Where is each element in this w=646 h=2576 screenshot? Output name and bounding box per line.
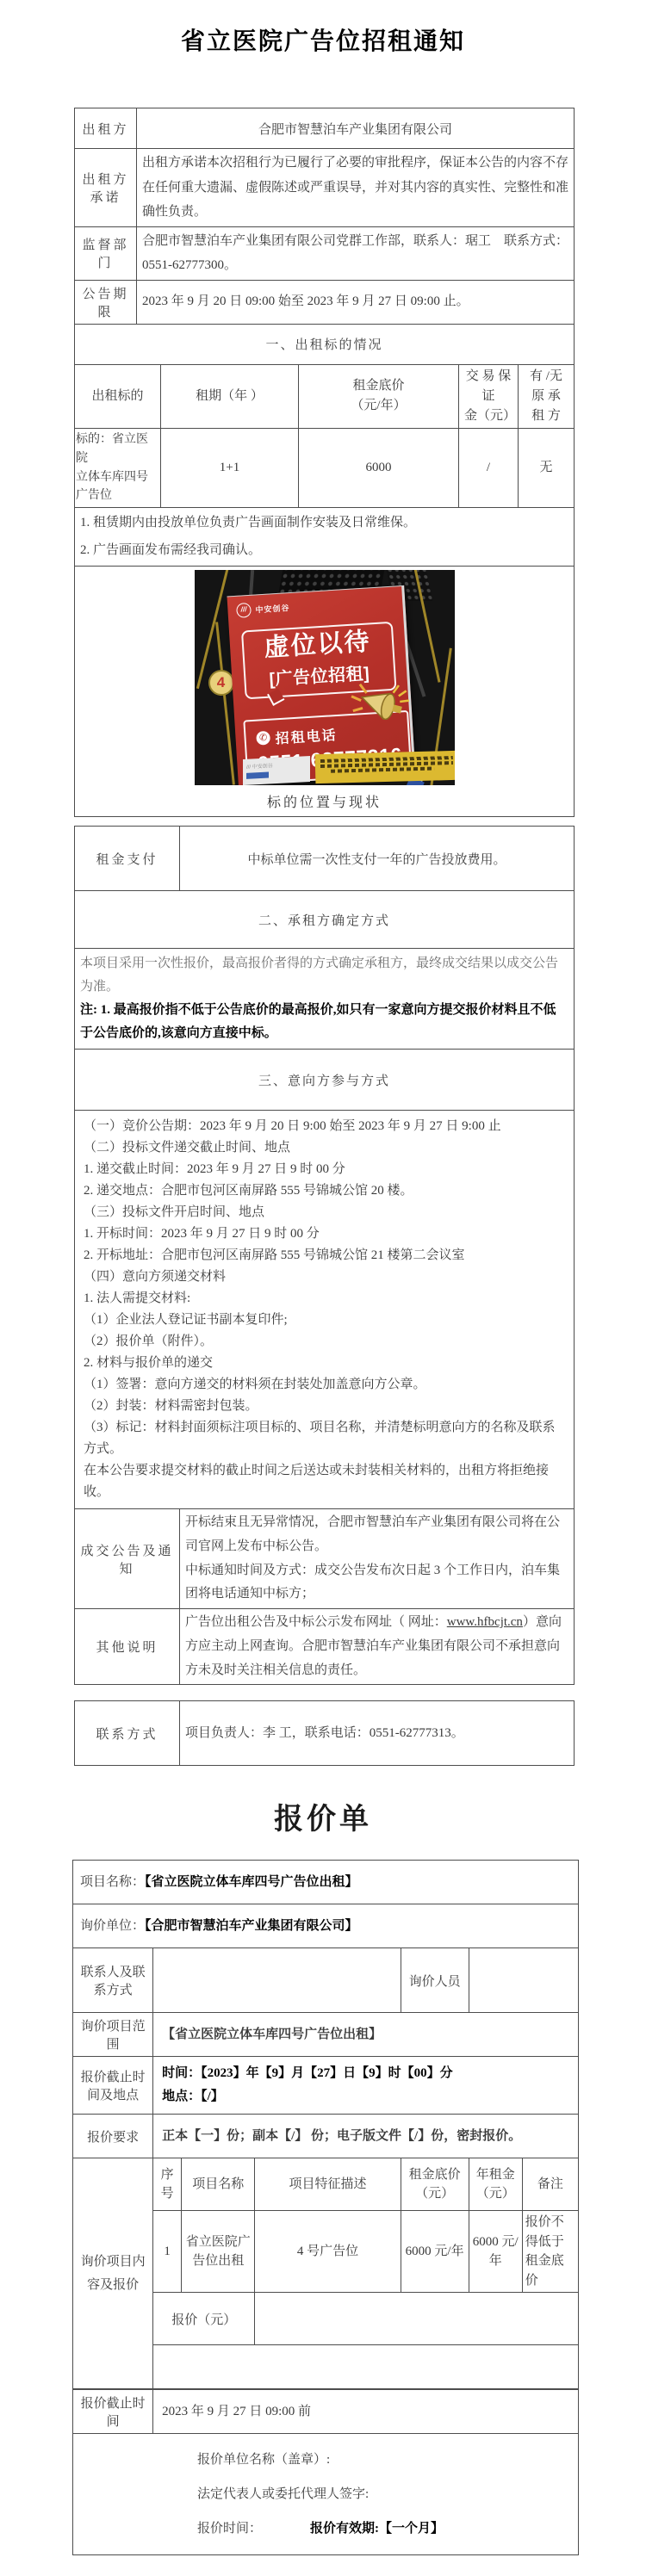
row-label: 其他说明 [75,1609,180,1685]
row-label: 成交公告及通知 [75,1509,180,1609]
inquiry-unit-label: 询价单位： [80,1919,145,1933]
col-header: 序号 [153,2158,182,2211]
section-row: 一、出租标的情况 [75,324,575,364]
participate-line: （一）竞价公告期：2023 年 9 月 20 日 9:00 始至 2023 年 … [84,1116,565,1137]
item-name: 省立医院广告位出租 [182,2211,255,2293]
page-title: 省立医院广告位招租通知 [0,22,646,57]
col-header: 租期（年 ） [161,364,299,429]
contact-table: 联系方式 项目负责人：李 工，联系电话：0551-62777313。 [74,1700,575,1766]
table-row: 报价截止时间及地点 时间：【2023】年【9】月【27】日【9】时【00】分 地… [73,2057,579,2115]
inner-header-row: 询价项目内容及报价 序号 项目名称 项目特征描述 租金底价（元） 年租金（元） … [73,2158,579,2211]
table-row: 出租方承诺 出租方承诺本次招租行为已履行了必要的审批程序，保证本公告的内容不存在… [75,149,575,227]
inquiry-unit-value: 【合肥市智慧泊车产业集团有限公司】 [145,1919,358,1933]
col-header: 项目特征描述 [255,2158,401,2211]
participate-line: （2）封装：材料需密封包装。 [84,1396,565,1417]
participate-line: （1）企业法人登记证书副本复印件; [84,1310,565,1331]
col-header: 交 易 保 证 金（元） [459,364,519,429]
subject-header-row: 出租标的 租期（年 ） 租金底价 （元/年） 交 易 保 证 金（元） 有 /无… [75,364,575,429]
item-remark: 报价不得低于租金底价 [522,2211,578,2293]
content-label: 询价项目内容及报价 [73,2158,153,2390]
row-label: 联系方式 [75,1701,180,1766]
col-header: 年租金（元） [469,2158,522,2211]
subject-table: 出租标的 租期（年 ） 租金底价 （元/年） 交 易 保 证 金（元） 有 /无… [74,364,575,509]
bottom-signs: /// 中安创谷 [195,754,455,785]
row-label: 租金支付 [75,827,180,891]
footer-row: 报价单位名称（盖章）: 法定代表人或委托代理人签字: 报价时间：报价有效期:【一… [73,2434,579,2555]
participate-line: 2. 材料与报价单的递交 [84,1353,565,1374]
lease-term: 1+1 [161,429,299,508]
section-title-1: 一、出租标的情况 [75,324,575,364]
participate-line: 1. 法人需提交材料: [84,1288,565,1310]
project-name-label: 项目名称： [80,1875,145,1889]
deadline-time: 时间：【2023】年【9】月【27】日【9】时【00】分 [162,2062,575,2085]
table-row: 报价要求 正本【一】份；副本【/】 份；电子版文件【/】份，密封报价。 [73,2115,579,2158]
row-value: 2023 年 9 月 20 日 09:00 始至 2023 年 9 月 27 日… [137,280,575,324]
section-row: 三、意向方参与方式 [75,1050,575,1111]
footer-time-line: 报价时间：报价有效期:【一个月】 [197,2511,578,2546]
scope-value: 【省立医院立体车库四号广告位出租】 [153,2013,579,2057]
prior-tenant: 无 [519,429,575,508]
empty-cell [153,2345,579,2390]
other-note-pre: 广告位出租公告及中标公示发布网址（ 网址： [185,1615,447,1629]
row-label: 出租方 [75,108,137,149]
confirm-note: 注: 1. 最高报价指不低于公告底价的最高报价,如只有一家意向方提交报价材料且不… [80,1003,556,1040]
table-row: 其他说明 广告位出租公告及中标公示发布网址（ 网址：www.hfbcjt.cn）… [75,1609,575,1685]
participate-line: 2. 开标地址：合肥市包河区南屏路 555 号锦城公馆 21 楼第二会议室 [84,1245,565,1266]
logo-mark-icon: /// [235,602,251,617]
row-value: 合肥市智慧泊车产业集团有限公司 [137,108,575,149]
table-row: 成交公告及通知 开标结束且无异常情况，合肥市智慧泊车产业集团有限公司将在公司官网… [75,1509,575,1609]
participate-line: （1）签署：意向方递交的材料须在封装处加盖意向方公章。 [84,1374,565,1396]
footer-sign-line: 法定代表人或委托代理人签字: [197,2477,578,2511]
col-header: 租金底价 （元/年） [299,364,459,429]
participate-line: （四）意向方须递交材料 [84,1266,565,1288]
subject-name: 标的：省立医院 立体车库四号 广告位 [75,429,161,508]
row-value: 中标单位需一次性支付一年的广告投放费用。 [180,827,575,891]
note-line: 1. 租赁期内由投放单位负责广告画面制作安装及日常维保。 [80,510,568,537]
bubble-tail [266,688,283,705]
poster-logo: /// 中安创谷 [236,594,394,617]
quote-table: 项目名称：【省立医院立体车库四号广告位出租】 询价单位：【合肥市智慧泊车产业集团… [72,1860,579,2555]
participate-line: （3）标记：材料封面须标注项目标的、项目名称，并清楚标明意向方的名称及联系方式。 [84,1417,565,1460]
phone-label: 招租电话 [274,724,337,747]
confirm-text: 本项目采用一次性报价，最高报价者得的方式确定承租方，最终成交结果以成交公告为准。 [80,957,558,994]
table-row: 项目名称：【省立医院立体车库四号广告位出租】 [73,1861,579,1904]
note-line: 2. 广告画面发布需经我司确认。 [80,537,568,565]
footer-company-line: 报价单位名称（盖章）: [197,2443,578,2477]
method-table: 租金支付 中标单位需一次性支付一年的广告投放费用。 二、承租方确定方式 本项目采… [74,826,575,1685]
footer-quote-time: 报价时间： [197,2522,262,2536]
participate-line: 1. 开标时间：2023 年 9 月 27 日 9 时 00 分 [84,1223,565,1245]
requirement-label: 报价要求 [73,2115,153,2158]
inquiry-staff-label: 询价人员 [401,1948,469,2013]
base-rent: 6000 [299,429,459,508]
item-base-rent: 6000 元/年 [401,2211,469,2293]
deal-notice-p2: 中标通知时间及方式：成交公告发布次日起 3 个工作日内，泊车集团将电话通知中标方… [185,1559,568,1607]
quote-title: 报价单 [0,1795,646,1837]
deadline-label: 报价截止时间及地点 [73,2057,153,2115]
confirm-row: 本项目采用一次性报价，最高报价者得的方式确定承租方，最终成交结果以成交公告为准。… [75,949,575,1050]
participate-line: （二）投标文件递交截止时间、地点 [84,1137,565,1159]
official-site-link[interactable]: www.hfbcjt.cn [447,1615,523,1629]
item-desc: 4 号广告位 [255,2211,401,2293]
notes-photo-table: 1. 租赁期内由投放单位负责广告画面制作安装及日常维保。 2. 广告画面发布需经… [74,507,575,817]
section-row: 二、承租方确定方式 [75,891,575,949]
document: 省立医院广告位招租通知 出租方 合肥市智慧泊车产业集团有限公司 出租方承诺 出租… [0,22,646,2576]
col-header: 备注 [522,2158,578,2211]
item-annual-rent: 6000 元/年 [469,2211,522,2293]
quote-amount-blank [255,2293,579,2345]
requirement-value: 正本【一】份；副本【/】 份；电子版文件【/】份，密封报价。 [153,2115,579,2158]
table-row: 询价项目范围 【省立医院立体车库四号广告位出租】 [73,2013,579,2057]
participate-line: 1. 递交截止时间：2023 年 9 月 27 日 9 时 00 分 [84,1159,565,1180]
deadline-place: 地点：【/】 [162,2085,575,2108]
section-title-2: 二、承租方确定方式 [75,891,575,949]
quote-amount-label: 报价（元） [153,2293,255,2345]
table-row: 出租方 合肥市智慧泊车产业集团有限公司 [75,108,575,149]
warning-sign [314,751,454,783]
table-row: 租金支付 中标单位需一次性支付一年的广告投放费用。 [75,827,575,891]
deposit: / [459,429,519,508]
table-row: 报价截止时间 2023 年 9 月 27 日 09:00 前 [73,2389,579,2434]
table-row: 联系方式 项目负责人：李 工，联系电话：0551-62777313。 [75,1701,575,1766]
row-label: 出租方承诺 [75,149,137,227]
participate-row: （一）竞价公告期：2023 年 9 月 20 日 9:00 始至 2023 年 … [75,1111,575,1509]
photo-caption: 标的位置与现状 [75,791,574,811]
phone-icon: ✆ [256,731,270,746]
col-header: 项目名称 [182,2158,255,2211]
announcement-table: 出租方 合肥市智慧泊车产业集团有限公司 出租方承诺 出租方承诺本次招租行为已履行… [74,108,575,365]
col-header: 出租标的 [75,364,161,429]
megaphone-icon [339,672,416,736]
row-label: 公告期限 [75,280,137,324]
col-header: 租金底价（元） [401,2158,469,2211]
subject-data-row: 标的：省立医院 立体车库四号 广告位 1+1 6000 / 无 [75,429,575,508]
section-title-3: 三、意向方参与方式 [75,1050,575,1111]
photo-row: 4 /// 中安创谷 虚位以待 [广告位招租] [75,567,575,817]
footer-validity: 报价有效期:【一个月】 [310,2522,444,2536]
participate-line: 2. 递交地点：合肥市包河区南屏路 555 号锦城公馆 20 楼。 [84,1180,565,1202]
contact-value: 项目负责人：李 工，联系电话：0551-62777313。 [180,1701,575,1766]
row-value: 合肥市智慧泊车产业集团有限公司党群工作部，联系人：琚工 联系方式：0551-62… [137,226,575,280]
table-row: 询价单位：【合肥市智慧泊车产业集团有限公司】 [73,1904,579,1948]
site-photo: 4 /// 中安创谷 虚位以待 [广告位招租] [195,570,455,785]
quote-deadline-value: 2023 年 9 月 27 日 09:00 前 [153,2389,579,2434]
seq-no: 1 [153,2211,182,2293]
notes-row: 1. 租赁期内由投放单位负责广告画面制作安装及日常维保。 2. 广告画面发布需经… [75,508,575,567]
table-row: 监督部门 合肥市智慧泊车产业集团有限公司党群工作部，联系人：琚工 联系方式：05… [75,226,575,280]
table-row: 联系人及联系方式 询价人员 [73,1948,579,2013]
deal-notice-p1: 开标结束且无异常情况，合肥市智慧泊车产业集团有限公司将在公司官网上发布中标公告。 [185,1511,568,1559]
scope-label: 询价项目范围 [73,2013,153,2057]
contact-person-label: 联系人及联系方式 [73,1948,153,2013]
col-header: 有 /无 原 承 租 方 [519,364,575,429]
table-row: 公告期限 2023 年 9 月 20 日 09:00 始至 2023 年 9 月… [75,280,575,324]
quote-deadline-label: 报价截止时间 [73,2389,153,2434]
small-white-sign: /// 中安创谷 [243,756,310,785]
contact-person-blank [153,1948,401,2013]
participate-line: 在本公告要求提交材料的截止时间之后送达或未封装相关材料的，出租方将拒绝接收。 [84,1460,565,1503]
inquiry-staff-blank [469,1948,578,2013]
participate-line: （2）报价单（附件）。 [84,1331,565,1353]
participate-line: （三）投标文件开启时间、地点 [84,1202,565,1223]
row-label: 监督部门 [75,226,137,280]
project-name-value: 【省立医院立体车库四号广告位出租】 [145,1875,358,1889]
parking-slot-number: 4 [208,670,234,696]
row-value: 出租方承诺本次招租行为已履行了必要的审批程序，保证本公告的内容不存在任何重大遗漏… [137,149,575,227]
